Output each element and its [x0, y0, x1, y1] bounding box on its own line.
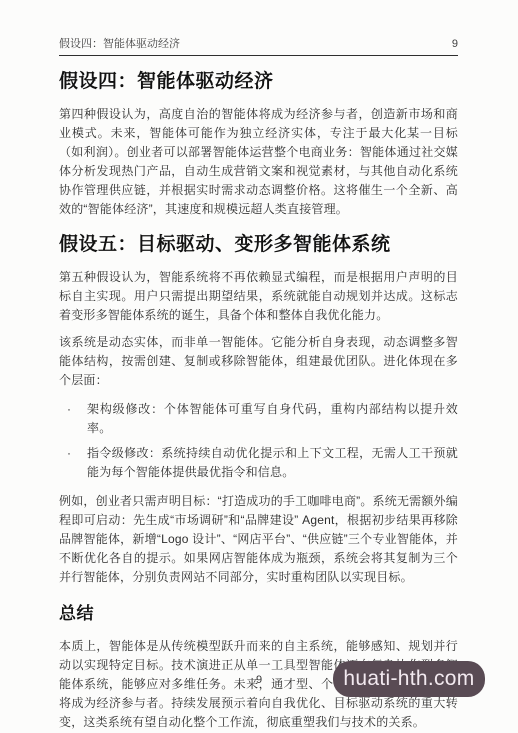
watermark-badge: huati-hth.com — [333, 661, 485, 697]
section4-heading: 假设四：智能体驱动经济 — [59, 70, 458, 93]
evolution-bullet-list: · 架构级修改：个体智能体可重写自身代码，重构内部结构以提升效率。 · 指令级修… — [59, 400, 458, 482]
list-item: · 架构级修改：个体智能体可重写自身代码，重构内部结构以提升效率。 — [67, 400, 458, 438]
bullet-text: 指令级修改：系统持续自动优化提示和上下文工程，无需人工干预就能为每个智能体提供最… — [87, 444, 458, 482]
section4-paragraph: 第四种假设认为，高度自治的智能体将成为经济参与者，创造新市场和商业模式。未来，智… — [59, 105, 458, 219]
section5-paragraph-3: 例如，创业者只需声明目标：“打造成功的手工咖啡电商”。系统无需额外编程即可启动：… — [59, 492, 458, 587]
header-page-number: 9 — [452, 37, 458, 51]
bullet-text: 架构级修改：个体智能体可重写自身代码，重构内部结构以提升效率。 — [87, 400, 458, 438]
section5-paragraph-2: 该系统是动态实体，而非单一智能体。它能分析自身表现，动态调整多智能体结构，按需创… — [59, 333, 458, 390]
document-page: 假设四：智能体驱动经济 9 假设四：智能体驱动经济 第四种假设认为，高度自治的智… — [0, 0, 518, 733]
bullet-marker: · — [67, 444, 87, 482]
header-title: 假设四：智能体驱动经济 — [59, 37, 180, 51]
section5-heading: 假设五：目标驱动、变形多智能体系统 — [59, 233, 458, 256]
list-item: · 指令级修改：系统持续自动优化提示和上下文工程，无需人工干预就能为每个智能体提… — [67, 444, 458, 482]
bullet-marker: · — [67, 400, 87, 438]
section5-paragraph-1: 第五种假设认为，智能系统将不再依赖显式编程，而是根据用户声明的目标自主实现。用户… — [59, 268, 458, 325]
page-header: 假设四：智能体驱动经济 9 — [59, 37, 458, 56]
summary-heading: 总结 — [59, 603, 458, 625]
